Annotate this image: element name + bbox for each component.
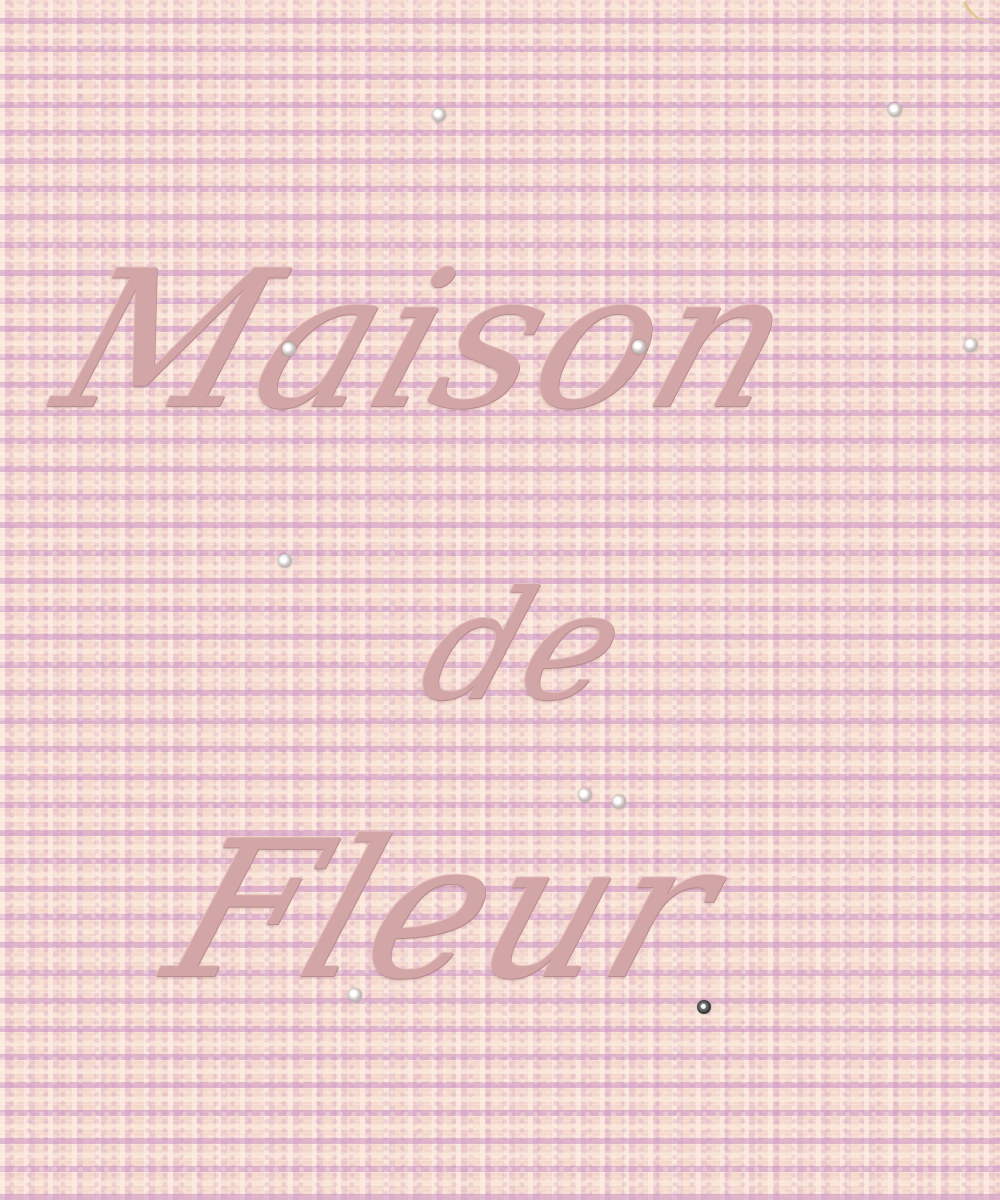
sequin-icon xyxy=(278,554,292,568)
embroidered-logo: Maison de Fleur xyxy=(0,0,1000,1200)
sequin-icon xyxy=(282,342,296,356)
sequin-icon xyxy=(888,103,902,117)
embroidery-word-fleur: Fleur xyxy=(144,800,744,1021)
fabric-texture xyxy=(0,0,1000,1200)
sequin-icon xyxy=(432,108,446,122)
sequin-icon xyxy=(578,788,592,802)
gold-thread xyxy=(963,0,1000,30)
embroidery-word-maison: Maison xyxy=(34,230,821,451)
sequin-icon xyxy=(964,338,978,352)
tweed-fabric-photo: Maison de Fleur xyxy=(0,0,1000,1200)
sequin-icon xyxy=(612,795,626,809)
sequin-icon xyxy=(632,340,646,354)
embroidery-word-de: de xyxy=(402,560,647,734)
sequin-icon xyxy=(697,1000,711,1014)
sequin-icon xyxy=(348,988,362,1002)
